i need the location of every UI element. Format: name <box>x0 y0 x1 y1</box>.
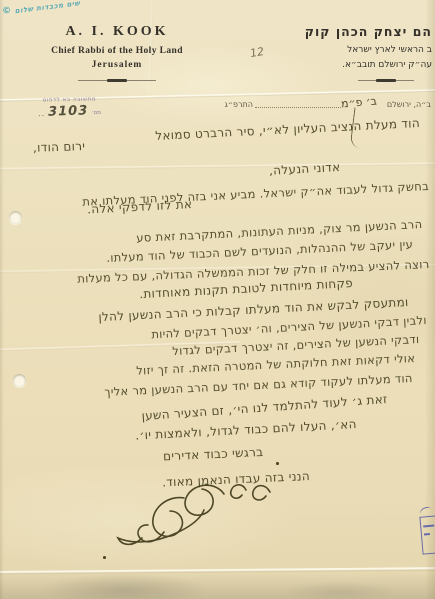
paper-crease <box>0 162 435 171</box>
copyright-icon: © <box>2 7 13 17</box>
ink-dot <box>103 556 106 559</box>
letterhead-name-he: הם יצחק הכהן קוק <box>305 24 432 39</box>
signature-scribble <box>112 476 282 561</box>
punch-hole <box>13 374 26 387</box>
letterhead-title-he: ב הראשי לארץ ישראל <box>305 45 432 55</box>
handwritten-line: ירום הודו, <box>33 139 86 155</box>
dateline-dots <box>255 107 341 108</box>
paper-bottom-shadow <box>0 573 435 599</box>
letterhead-name-en: A. I. KOOK <box>38 24 196 40</box>
letterhead-hebrew: הם יצחק הכהן קוק ב הראשי לארץ ישראל עה״ק… <box>305 24 432 82</box>
letter-page: שים מכבדות שלום © A. I. KOOK Chief Rabbi… <box>0 0 435 599</box>
ink-dot <box>276 462 279 465</box>
letterhead-divider-he <box>358 79 414 82</box>
punch-hole <box>9 211 22 224</box>
page-number-annotation: 12 <box>249 45 265 60</box>
dateline: ב״ה, ירושלם ב׳ פ״מ התרפ״ג <box>0 98 435 112</box>
letterhead-divider-en <box>78 79 156 82</box>
handwritten-line: ברגשי כבוד אדירים <box>162 445 263 463</box>
dateline-year: התרפ״ג <box>225 100 253 109</box>
paper-edge-shadow <box>0 0 4 599</box>
dateline-location: ב״ה, ירושלם <box>387 100 431 109</box>
copyright-watermark: שים מכבדות שלום © <box>2 0 81 17</box>
letterhead-city-en: Jerusalem <box>38 60 196 70</box>
letterhead-title-en: Chief Rabbi of the Holy Land <box>38 46 196 56</box>
letterhead-city-he: עה״ק ירושלם תובב״א. <box>305 60 432 70</box>
handwritten-line: הוד מעלת הנציב העליון לא״י, סיר הרברט סמ… <box>155 116 420 143</box>
archive-stamp <box>419 515 435 554</box>
watermark-text: שים מכבדות שלום <box>14 0 80 15</box>
handwritten-line: אדוני הנעלה, <box>268 160 340 178</box>
letterhead-english: A. I. KOOK Chief Rabbi of the Holy Land … <box>38 24 196 82</box>
